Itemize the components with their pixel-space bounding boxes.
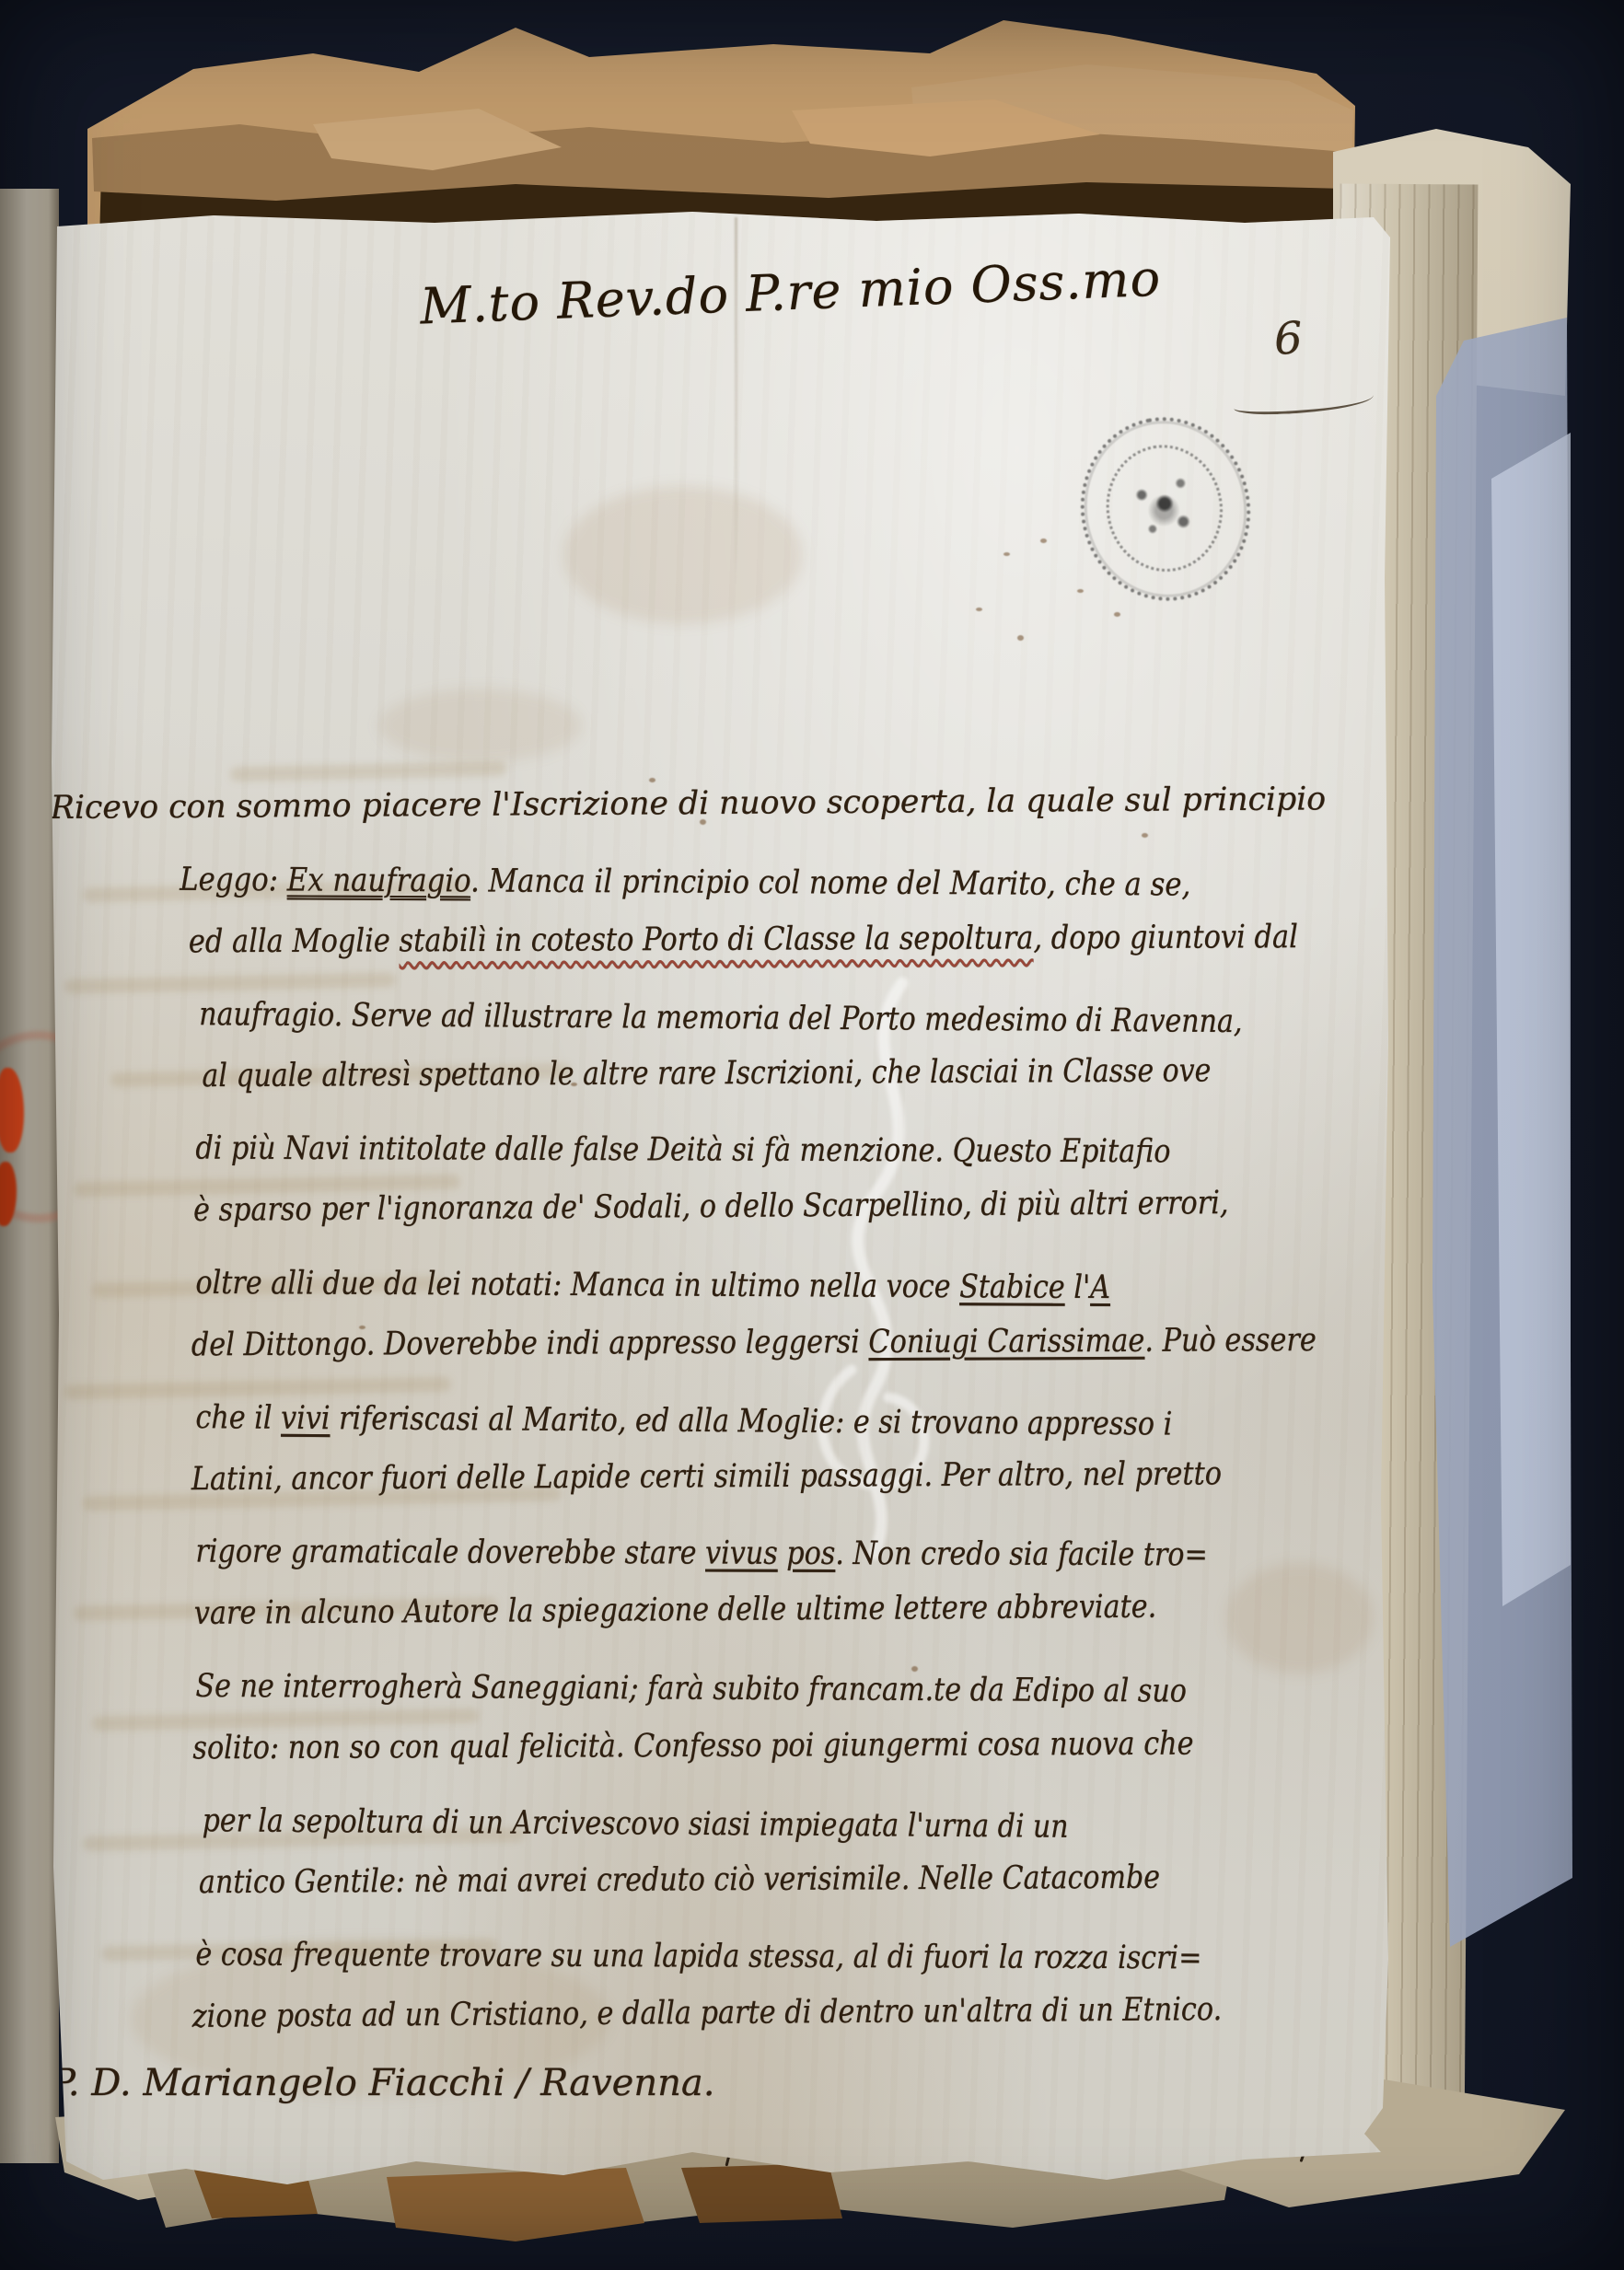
manuscript-line-15: solito: non so con qual felicità. Confes… (48, 1725, 1356, 1798)
manuscript-line-11: Latini, ancor fuori delle Lapide certi s… (48, 1455, 1356, 1529)
manuscript-line-9: del Dittongo. Doverebbe indi appresso le… (48, 1322, 1356, 1395)
manuscript-line-19: zione posta ad un Cristiano, e dalla par… (48, 1990, 1357, 2067)
manuscript-line-1: Ricevo con sommo piacere l'Iscrizione di… (48, 781, 1379, 857)
manuscript-line-17: antico Gentile: nè mai avrei creduto ciò… (48, 1859, 1354, 1932)
manuscript-line-13: vare in alcuno Autore la spiegazione del… (48, 1587, 1356, 1663)
manuscript-line-7: è sparso per l'ignoranza de' Sodali, o d… (48, 1184, 1355, 1260)
signature-line: P. D. Mariangelo Fiacchi / Ravenna. (51, 2062, 714, 2104)
manuscript-page: M.to Rev.do P.re mio Oss.mo 6 Ricevo con… (48, 210, 1394, 2203)
manuscript-line-5: al quale altresì spettano le altre rare … (48, 1052, 1351, 1126)
letter-body: Ricevo con sommo piacere l'Iscrizione di… (48, 210, 1394, 2203)
manuscript-line-3: ed alla Moglie stabilì in cotesto Porto … (48, 919, 1357, 991)
archive-photo-scene: M.to Rev.do P.re mio Oss.mo 6 Ricevo con… (0, 0, 1624, 2270)
